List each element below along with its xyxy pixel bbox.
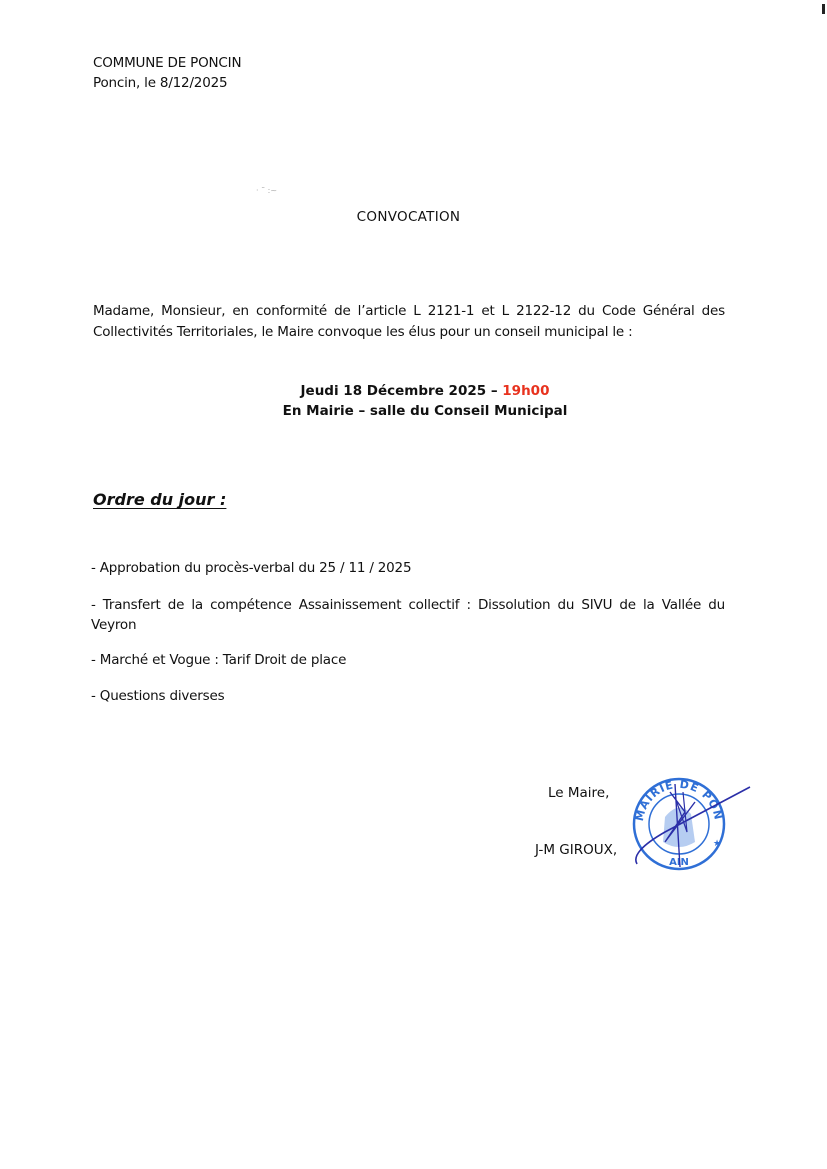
- signatory-name: J-M GIROUX,: [535, 842, 617, 858]
- agenda-item: - Marché et Vogue : Tarif Droit de place: [91, 650, 725, 670]
- official-stamp-icon: MAIRIE DE PONCIN AIN ★: [625, 772, 755, 872]
- organization-name: COMMUNE DE PONCIN: [93, 53, 241, 73]
- scan-mark: [822, 4, 825, 14]
- svg-text:★: ★: [713, 839, 721, 849]
- scan-artifact: · ˜ :~: [256, 186, 277, 195]
- agenda-heading: Ordre du jour :: [93, 490, 226, 509]
- signatory-role: Le Maire,: [548, 785, 609, 801]
- agenda-item: - Transfert de la compétence Assainissem…: [91, 595, 725, 635]
- meeting-date: Jeudi 18 Décembre 2025 –: [301, 383, 503, 399]
- agenda-item: - Approbation du procès-verbal du 25 / 1…: [91, 558, 725, 578]
- meeting-location: En Mairie – salle du Conseil Municipal: [0, 401, 827, 422]
- intro-paragraph: Madame, Monsieur, en conformité de l’art…: [93, 301, 725, 343]
- meeting-date-line: Jeudi 18 Décembre 2025 – 19h00: [0, 381, 827, 402]
- meeting-time: 19h00: [502, 383, 549, 399]
- agenda-item: - Questions diverses: [91, 686, 725, 706]
- place-date: Poncin, le 8/12/2025: [93, 73, 227, 93]
- document-title: CONVOCATION: [0, 209, 817, 225]
